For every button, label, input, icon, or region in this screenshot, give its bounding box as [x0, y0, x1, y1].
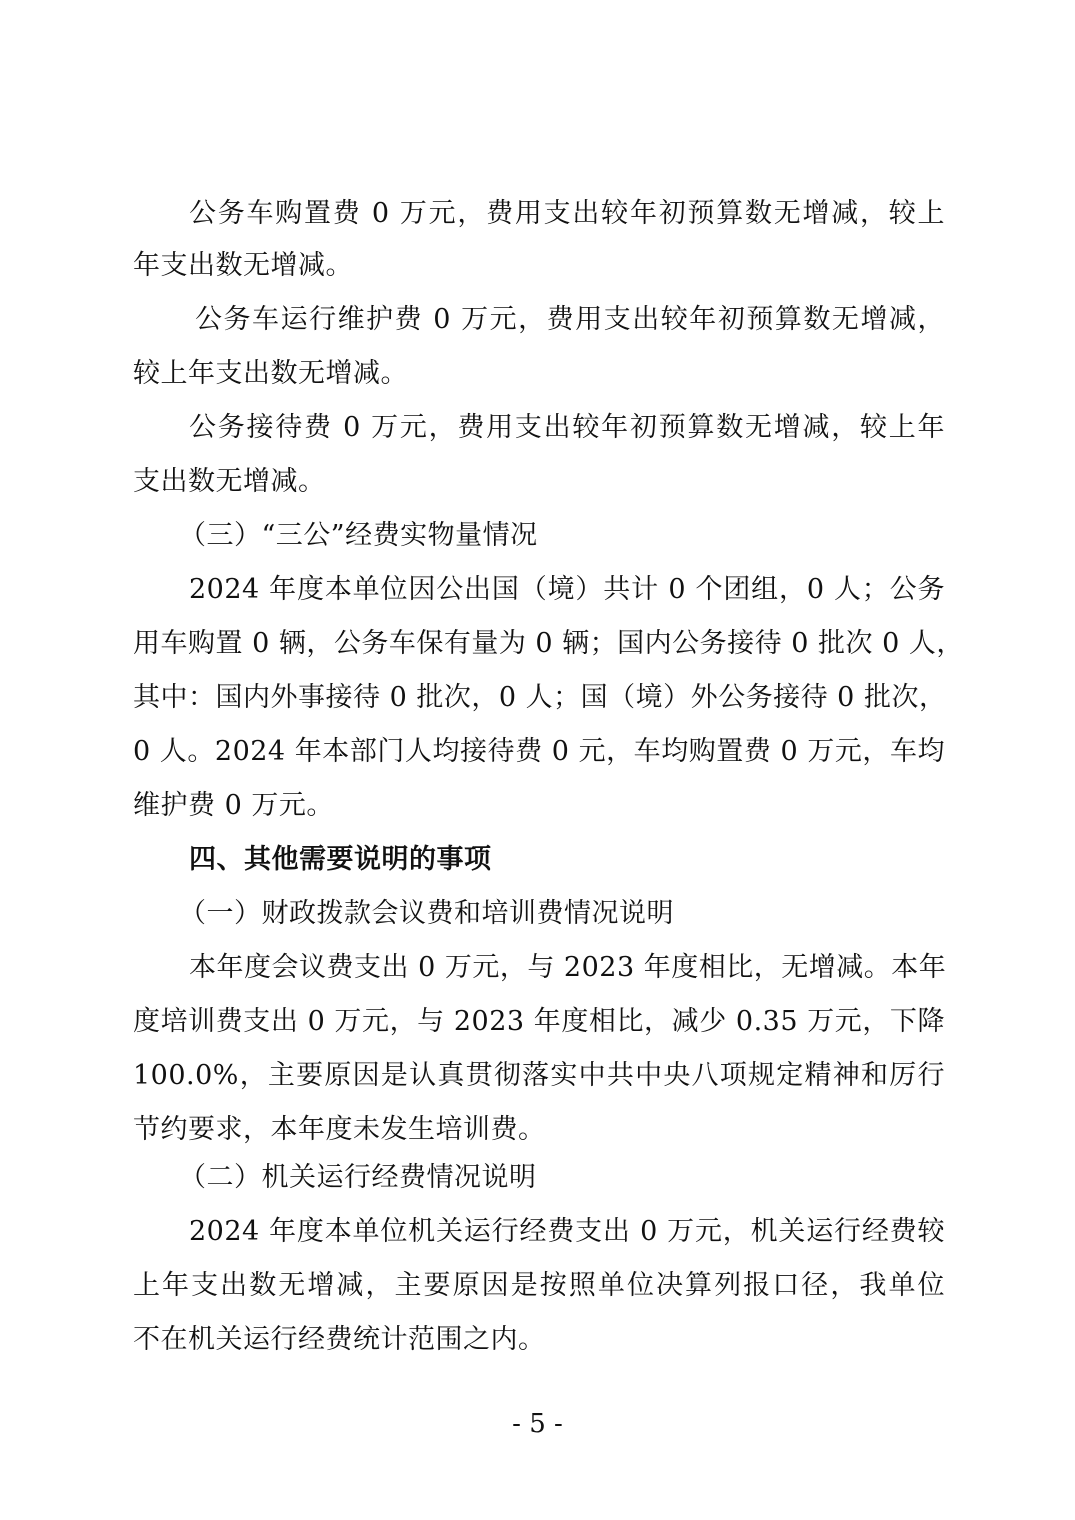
text-line: 维护费 0 万元。 — [133, 786, 945, 826]
section-heading: 四、其他需要说明的事项 — [189, 840, 945, 880]
text-line: 0 人。2024 年本部门人均接待费 0 元，车均购置费 0 万元，车均 — [133, 732, 945, 772]
text-line: 其中：国内外事接待 0 批次，0 人；国（境）外公务接待 0 批次， — [133, 678, 945, 718]
page-number: - 5 - — [0, 1406, 1075, 1442]
text-line: （二）机关运行经费情况说明 — [179, 1158, 945, 1198]
text-line: 年支出数无增减。 — [133, 246, 945, 286]
text-line: （三）“三公”经费实物量情况 — [179, 516, 945, 556]
text-line: 较上年支出数无增减。 — [133, 354, 945, 394]
text-line: 100.0%，主要原因是认真贯彻落实中共中央八项规定精神和厉行 — [133, 1056, 945, 1096]
text-line: 节约要求，本年度未发生培训费。 — [133, 1110, 945, 1150]
text-line: 上年支出数无增减，主要原因是按照单位决算列报口径，我单位 — [133, 1266, 945, 1306]
text-line: 用车购置 0 辆，公务车保有量为 0 辆；国内公务接待 0 批次 0 人， — [133, 624, 945, 664]
text-line: 公务接待费 0 万元，费用支出较年初预算数无增减，较上年 — [189, 408, 945, 448]
text-line: 不在机关运行经费统计范围之内。 — [133, 1320, 945, 1360]
text-line: 支出数无增减。 — [133, 462, 945, 502]
text-line: 度培训费支出 0 万元，与 2023 年度相比，减少 0.35 万元，下降 — [133, 1002, 945, 1042]
text-line: 2024 年度本单位因公出国（境）共计 0 个团组，0 人；公务 — [189, 570, 945, 610]
text-line: 2024 年度本单位机关运行经费支出 0 万元，机关运行经费较 — [189, 1212, 945, 1252]
text-line: （一）财政拨款会议费和培训费情况说明 — [179, 894, 945, 934]
text-line: 公务车购置费 0 万元，费用支出较年初预算数无增减，较上 — [189, 194, 945, 234]
text-line: 公务车运行维护费 0 万元，费用支出较年初预算数无增减， — [195, 300, 945, 340]
text-line: 本年度会议费支出 0 万元，与 2023 年度相比，无增减。本年 — [189, 948, 945, 988]
